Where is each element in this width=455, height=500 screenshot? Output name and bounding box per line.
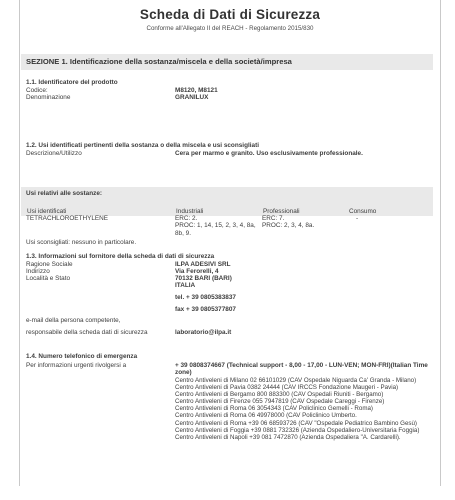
- poison-center-line: Centro Antiveleni di Milano 02 66101029 …: [175, 377, 439, 384]
- table-header-consumo: Consumo: [349, 208, 376, 215]
- page-subtitle: Conforme all'Allegato II del REACH - Reg…: [20, 25, 440, 32]
- field-value-paese: ITALIA: [175, 282, 195, 289]
- sds-document-page: Scheda di Dati di Sicurezza Conforme all…: [19, 0, 441, 486]
- table-header-professionali: Professionali: [263, 208, 300, 215]
- field-paese: ITALIA: [20, 282, 440, 289]
- poison-center-line: Centro Antiveleni di Pavia 0382 24444 (C…: [175, 384, 439, 391]
- field-codice: Codice: M8120, M8121: [20, 87, 440, 94]
- poison-center-line: Centro Antiveleni di Roma 06 3054343 (CA…: [175, 405, 439, 412]
- heading-1-1: 1.1. Identificatore del prodotto: [26, 79, 118, 86]
- field-value-denominazione: GRANILUX: [175, 94, 208, 101]
- heading-1-2: 1.2. Usi identificati pertinenti della s…: [26, 142, 259, 149]
- poison-center-line: Centro Antiveleni di Roma +39 06 6859372…: [175, 420, 439, 427]
- field-label-denominazione: Denominazione: [26, 94, 70, 101]
- field-value-localita: 70132 BARI (BARI): [175, 275, 232, 282]
- page-title: Scheda di Dati di Sicurezza: [20, 7, 440, 22]
- heading-1-3: 1.3. Informazioni sul fornitore della sc…: [26, 253, 214, 260]
- field-label-descrizione: Descrizione/Utilizzo: [26, 150, 82, 157]
- section1-header-bar: SEZIONE 1. Identificazione della sostanz…: [21, 54, 433, 70]
- field-label-localita: Località e Stato: [26, 275, 70, 282]
- field-telefono: tel. + 39 0805383837: [20, 294, 440, 301]
- document-viewer: { "colors": { "band_bg": "#e9e9e9", "pag…: [0, 0, 455, 500]
- field-value-ragione: ILPA ADESIVI SRL: [175, 261, 231, 268]
- field-descrizione: Descrizione/Utilizzo Cera per marmo e gr…: [20, 150, 440, 157]
- table-header-usi-identificati: Usi identificati: [27, 208, 66, 215]
- cell-substance: TETRACHLOROETHYLENE: [26, 215, 108, 222]
- field-value-telefono: tel. + 39 0805383837: [175, 294, 236, 301]
- field-indirizzo: Indirizzo Via Ferorelli, 4: [20, 268, 440, 275]
- field-label-codice: Codice:: [26, 87, 48, 94]
- cell-professional-proc: PROC: 2, 3, 4, 8a.: [262, 222, 314, 229]
- poison-center-line: Centro Antiveleni di Napoli +39 081 7472…: [175, 434, 439, 441]
- field-fax: fax + 39 0805377807: [20, 306, 440, 313]
- uses-band-title: Usi relativi alle sostanze:: [26, 190, 102, 197]
- cell-professional-erc: ERC: 7.: [262, 215, 284, 222]
- poison-center-line: Centro Antiveleni di Foggia +39 0881 732…: [175, 427, 439, 434]
- field-denominazione: Denominazione GRANILUX: [20, 94, 440, 101]
- field-value-fax: fax + 39 0805377807: [175, 306, 236, 313]
- field-email-label1: e-mail della persona competente,: [20, 317, 440, 324]
- cell-industrial-proc2: 8b, 9.: [175, 230, 191, 237]
- cell-industrial-erc: ERC: 2.: [175, 215, 197, 222]
- cell-industrial-proc: PROC: 1, 14, 15, 2, 3, 4, 8a,: [175, 222, 256, 229]
- uses-band: Usi relativi alle sostanze: Usi identifi…: [21, 187, 433, 216]
- field-localita: Località e Stato 70132 BARI (BARI): [20, 275, 440, 282]
- uses-note: Usi sconsigliati: nessuno in particolare…: [26, 239, 136, 246]
- field-value-email: laboratorio@ilpa.it: [175, 329, 231, 336]
- field-ragione-sociale: Ragione Sociale ILPA ADESIVI SRL: [20, 261, 440, 268]
- field-label-ragione: Ragione Sociale: [26, 261, 73, 268]
- field-label-indirizzo: Indirizzo: [26, 268, 50, 275]
- poison-center-line: Centro Antiveleni di Firenze 055 7947819…: [175, 398, 439, 405]
- emergency-numbers-block: + 39 0808374667 (Technical support - 8,0…: [175, 362, 439, 441]
- field-value-indirizzo: Via Ferorelli, 4: [175, 268, 219, 275]
- field-value-descrizione: Cera per marmo e granito. Uso esclusivam…: [175, 150, 363, 157]
- field-email: responsabile della scheda dati di sicure…: [20, 329, 440, 336]
- poison-center-line: Centro Antiveleni di Roma 06 49978000 (C…: [175, 412, 439, 419]
- field-label-email-1: e-mail della persona competente,: [26, 317, 121, 324]
- field-label-emergenza: Per informazioni urgenti rivolgersi a: [26, 362, 126, 369]
- field-value-codice: M8120, M8121: [175, 87, 218, 94]
- emergency-phone: + 39 0808374667 (Technical support - 8,0…: [175, 362, 439, 377]
- cell-consumer: -: [356, 215, 358, 222]
- field-label-email-2: responsabile della scheda dati di sicure…: [26, 329, 148, 336]
- poison-center-line: Centro Antiveleni di Bergamo 800 883300 …: [175, 391, 439, 398]
- heading-1-4: 1.4. Numero telefonico di emergenza: [26, 353, 137, 360]
- table-header-industriali: Industriali: [176, 208, 203, 215]
